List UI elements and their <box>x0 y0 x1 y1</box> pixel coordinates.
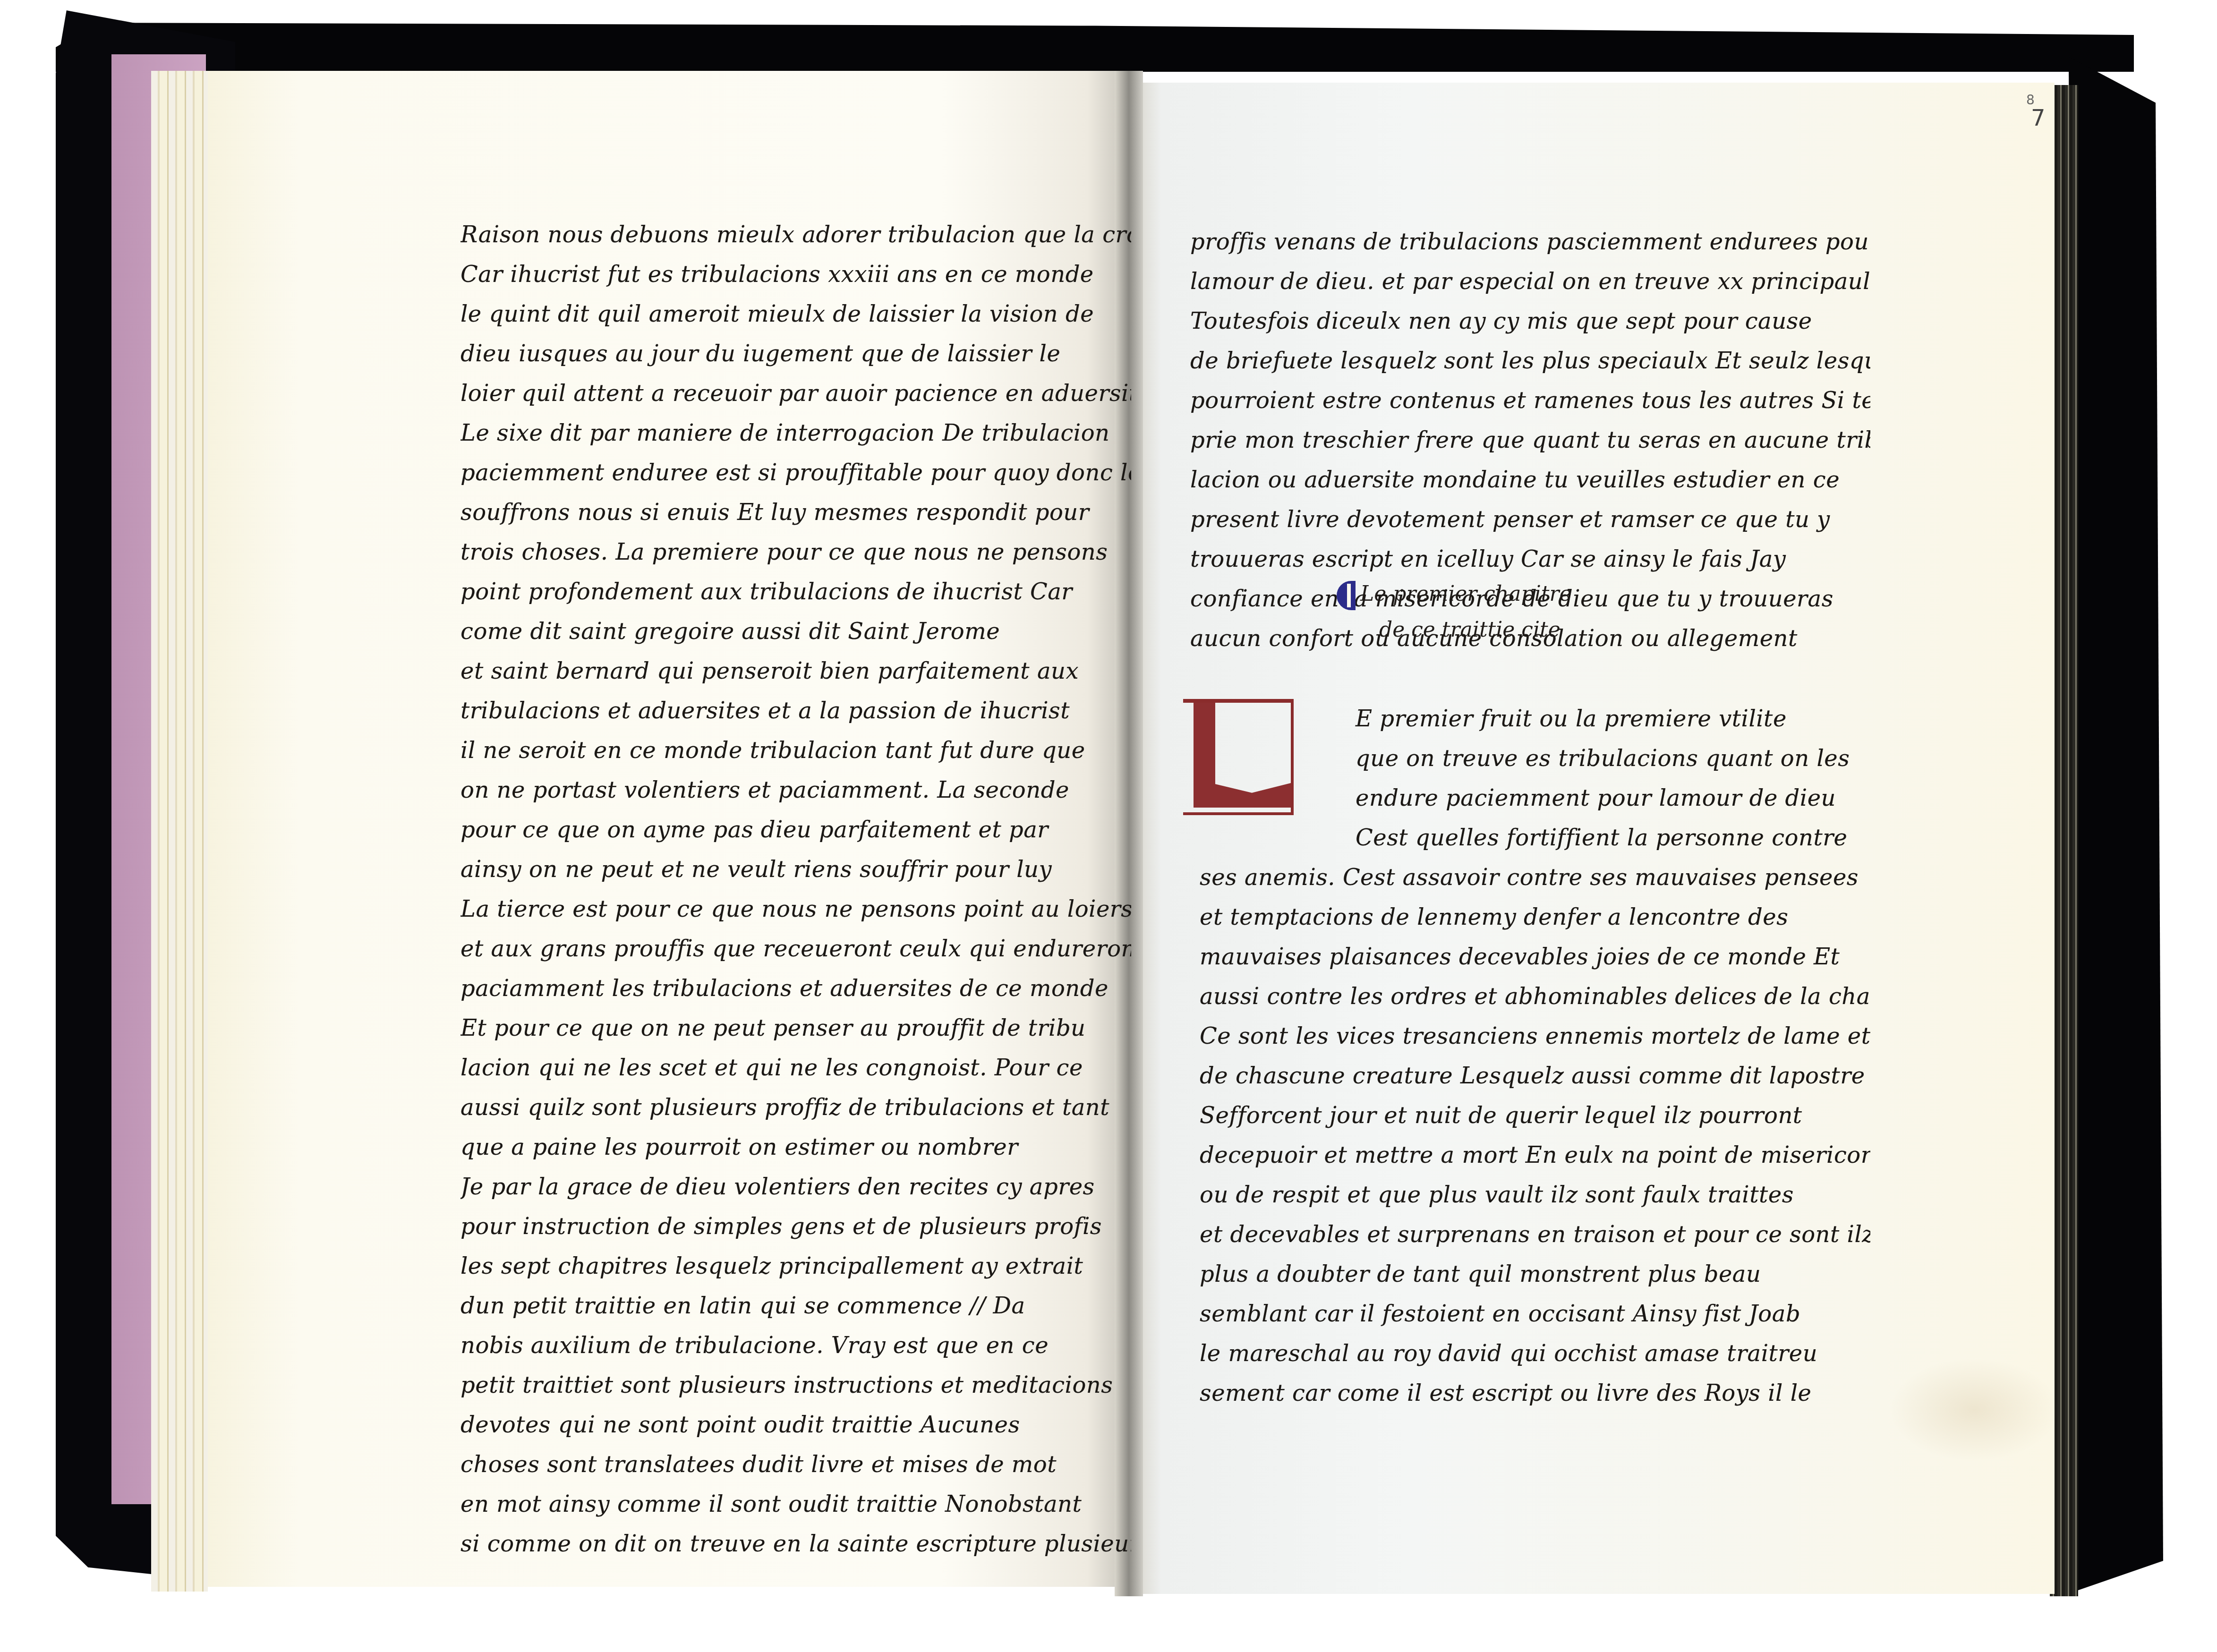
text-line: dun petit traittie en latin qui se comme… <box>460 1286 1131 1326</box>
text-line: E premier fruit ou la premiere vtilite <box>1200 699 1870 739</box>
text-line: aussi contre les ordres et abhominables … <box>1200 977 1870 1016</box>
text-line: ou de respit et que plus vault ilz sont … <box>1200 1175 1870 1215</box>
text-line: les sept chapitres lesquelz principallem… <box>460 1246 1131 1286</box>
text-line: on ne portast volentiers et paciamment. … <box>460 770 1131 810</box>
text-line: decepuoir et mettre a mort En eulx na po… <box>1200 1135 1870 1175</box>
text-line: Ce sont les vices tresanciens ennemis mo… <box>1200 1016 1870 1056</box>
text-line: lacion ou aduersite mondaine tu veuilles… <box>1190 460 1870 500</box>
text-line: paciemment enduree est si prouffitable p… <box>460 453 1131 493</box>
text-line: present livre devotement penser et ramse… <box>1190 500 1870 539</box>
chapter-heading: Le premier chapitre de ce traittie cite <box>1337 576 1601 648</box>
text-line: ses anemis. Cest assavoir contre ses mau… <box>1200 858 1870 897</box>
text-line: souffrons nous si enuis Et luy mesmes re… <box>460 493 1131 532</box>
book-cover-right <box>2069 57 2163 1592</box>
text-line: le mareschal au roy david qui occhist am… <box>1200 1334 1870 1373</box>
text-line: de chascune creature Lesquelz aussi comm… <box>1200 1056 1870 1096</box>
text-line: pourroient estre contenus et ramenes tou… <box>1190 381 1870 420</box>
water-stain <box>1889 1358 2059 1462</box>
text-line: Et pour ce que on ne peut penser au prou… <box>460 1008 1131 1048</box>
text-line: et temptacions de lennemy denfer a lenco… <box>1200 897 1870 937</box>
chapter-heading-line-2: de ce traittie cite <box>1337 612 1601 648</box>
left-page-stack <box>151 71 208 1592</box>
manuscript-photo: 8 7 Raison nous debuons mieulx adorer tr… <box>0 0 2217 1652</box>
text-line: en mot ainsy comme il sont oudit traitti… <box>460 1484 1131 1524</box>
text-line: et decevables et surprenans en traison e… <box>1200 1215 1870 1254</box>
text-line: et saint bernard qui penseroit bien parf… <box>460 651 1131 691</box>
text-line: Sefforcent jour et nuit de querir lequel… <box>1200 1096 1870 1135</box>
left-page-text-block: Raison nous debuons mieulx adorer tribul… <box>460 215 1131 1564</box>
text-line: tribulacions et aduersites et a la passi… <box>460 691 1131 731</box>
text-line: lamour de dieu. et par especial on en tr… <box>1190 262 1870 301</box>
text-line: dieu iusques au jour du iugement que de … <box>460 334 1131 374</box>
text-line: point profondement aux tribulacions de i… <box>460 572 1131 612</box>
text-line: La tierce est pour ce que nous ne penson… <box>460 889 1131 929</box>
text-line: endure paciemment pour lamour de dieu <box>1200 778 1870 818</box>
text-line: de briefuete lesquelz sont les plus spec… <box>1190 341 1870 381</box>
text-line: et aux grans prouffis que receueront ceu… <box>460 929 1131 969</box>
text-line: lacion qui ne les scet et qui ne les con… <box>460 1048 1131 1088</box>
text-line: nobis auxilium de tribulacione. Vray est… <box>460 1326 1131 1365</box>
text-line: Cest quelles fortiffient la personne con… <box>1200 818 1870 858</box>
text-line: il ne seroit en ce monde tribulacion tan… <box>460 731 1131 770</box>
folio-number: 7 <box>2031 105 2046 131</box>
text-line: trois choses. La premiere pour ce que no… <box>460 532 1131 572</box>
text-line: semblant car il festoient en occisant Ai… <box>1200 1294 1870 1334</box>
text-line: plus a doubter de tant quil monstrent pl… <box>1200 1254 1870 1294</box>
text-line: Je par la grace de dieu volentiers den r… <box>460 1167 1131 1207</box>
text-line: Toutesfois diceulx nen ay cy mis que sep… <box>1190 301 1870 341</box>
text-line: petit traittiet sont plusieurs instructi… <box>460 1365 1131 1405</box>
text-line: devotes qui ne sont point oudit traittie… <box>460 1405 1131 1445</box>
text-line: que a paine les pourroit on estimer ou n… <box>460 1127 1131 1167</box>
text-line: come dit saint gregoire aussi dit Saint … <box>460 612 1131 651</box>
text-line: trouueras escript en icelluy Car se ains… <box>1190 539 1870 579</box>
text-line: si comme on dit on treuve en la sainte e… <box>460 1524 1131 1564</box>
text-line: Le sixe dit par maniere de interrogacion… <box>460 413 1131 453</box>
text-line: proffis venans de tribulacions pasciemme… <box>1190 222 1870 262</box>
text-line: Car ihucrist fut es tribulacions xxxiii … <box>460 255 1131 294</box>
chapter-heading-line-1: Le premier chapitre <box>1360 582 1572 606</box>
text-line: choses sont translatees dudit livre et m… <box>460 1445 1131 1484</box>
book-cover-top-edge <box>56 10 2134 72</box>
text-line: pour instruction de simples gens et de p… <box>460 1207 1131 1246</box>
text-line: paciamment les tribulacions et aduersite… <box>460 969 1131 1008</box>
text-line: prie mon treschier frere que quant tu se… <box>1190 420 1870 460</box>
text-line: pour ce que on ayme pas dieu parfaitemen… <box>460 810 1131 850</box>
text-line: mauvaises plaisances decevables joies de… <box>1200 937 1870 977</box>
text-line: loier quil attent a receuoir par auoir p… <box>460 374 1131 413</box>
text-line: aussi quilz sont plusieurs proffiz de tr… <box>460 1088 1131 1127</box>
text-line: le quint dit quil ameroit mieulx de lais… <box>460 294 1131 334</box>
text-line: que on treuve es tribulacions quant on l… <box>1200 739 1870 778</box>
text-line: Raison nous debuons mieulx adorer tribul… <box>460 215 1131 255</box>
right-page-body-text-block: E premier fruit ou la premiere vtilite q… <box>1200 699 1870 1413</box>
text-line: sement car come il est escript ou livre … <box>1200 1373 1870 1413</box>
text-line: ainsy on ne peut et ne veult riens souff… <box>460 850 1131 889</box>
blue-initial-icon <box>1337 581 1356 610</box>
